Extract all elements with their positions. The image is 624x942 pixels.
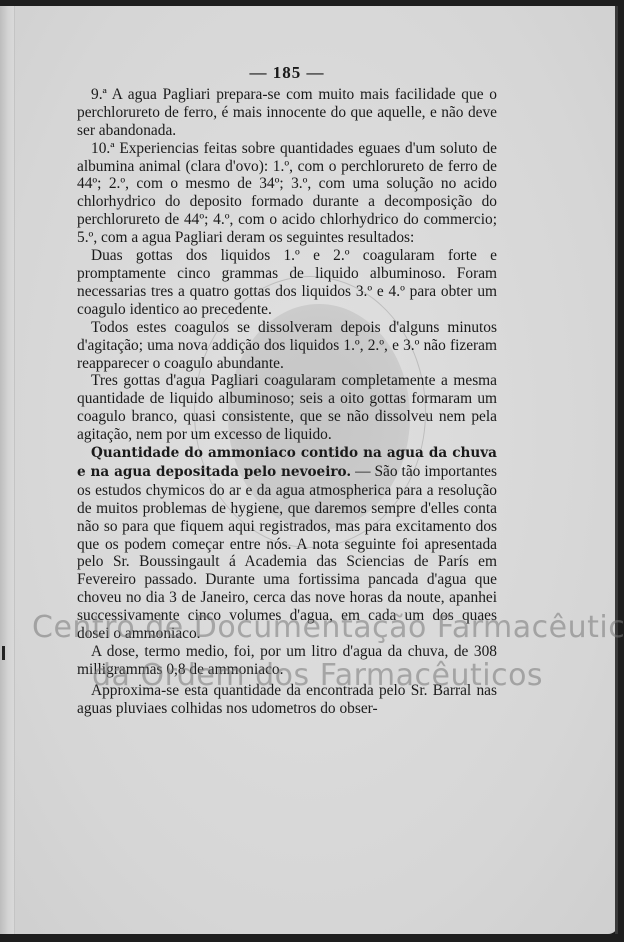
- paragraph-9: 9.ª A agua Pagliari prepara-se com muito…: [77, 86, 497, 140]
- paragraph-todos-coagulos: Todos estes coagulos se dissolveram depo…: [77, 319, 497, 373]
- page-number: — 185 —: [77, 64, 497, 82]
- paragraph-tres-gottas: Tres gottas d'agua Pagliari coagularam c…: [77, 372, 497, 444]
- watermark-line-1: Centro de Documentação Farmacêutica: [32, 610, 624, 645]
- page-right-edge: [615, 6, 618, 934]
- watermark-line-2: da Ordem dos Farmacêuticos: [92, 658, 624, 693]
- margin-mark: [2, 646, 5, 660]
- paragraph-duas-gottas: Duas gottas dos liquidos 1.º e 2.º coagu…: [77, 247, 497, 319]
- paragraph-10: 10.ª Experiencias feitas sobre quantidad…: [77, 140, 497, 247]
- page-gutter: [0, 6, 15, 934]
- scanned-page: — 185 — 9.ª A agua Pagliari prepara-se c…: [0, 6, 618, 934]
